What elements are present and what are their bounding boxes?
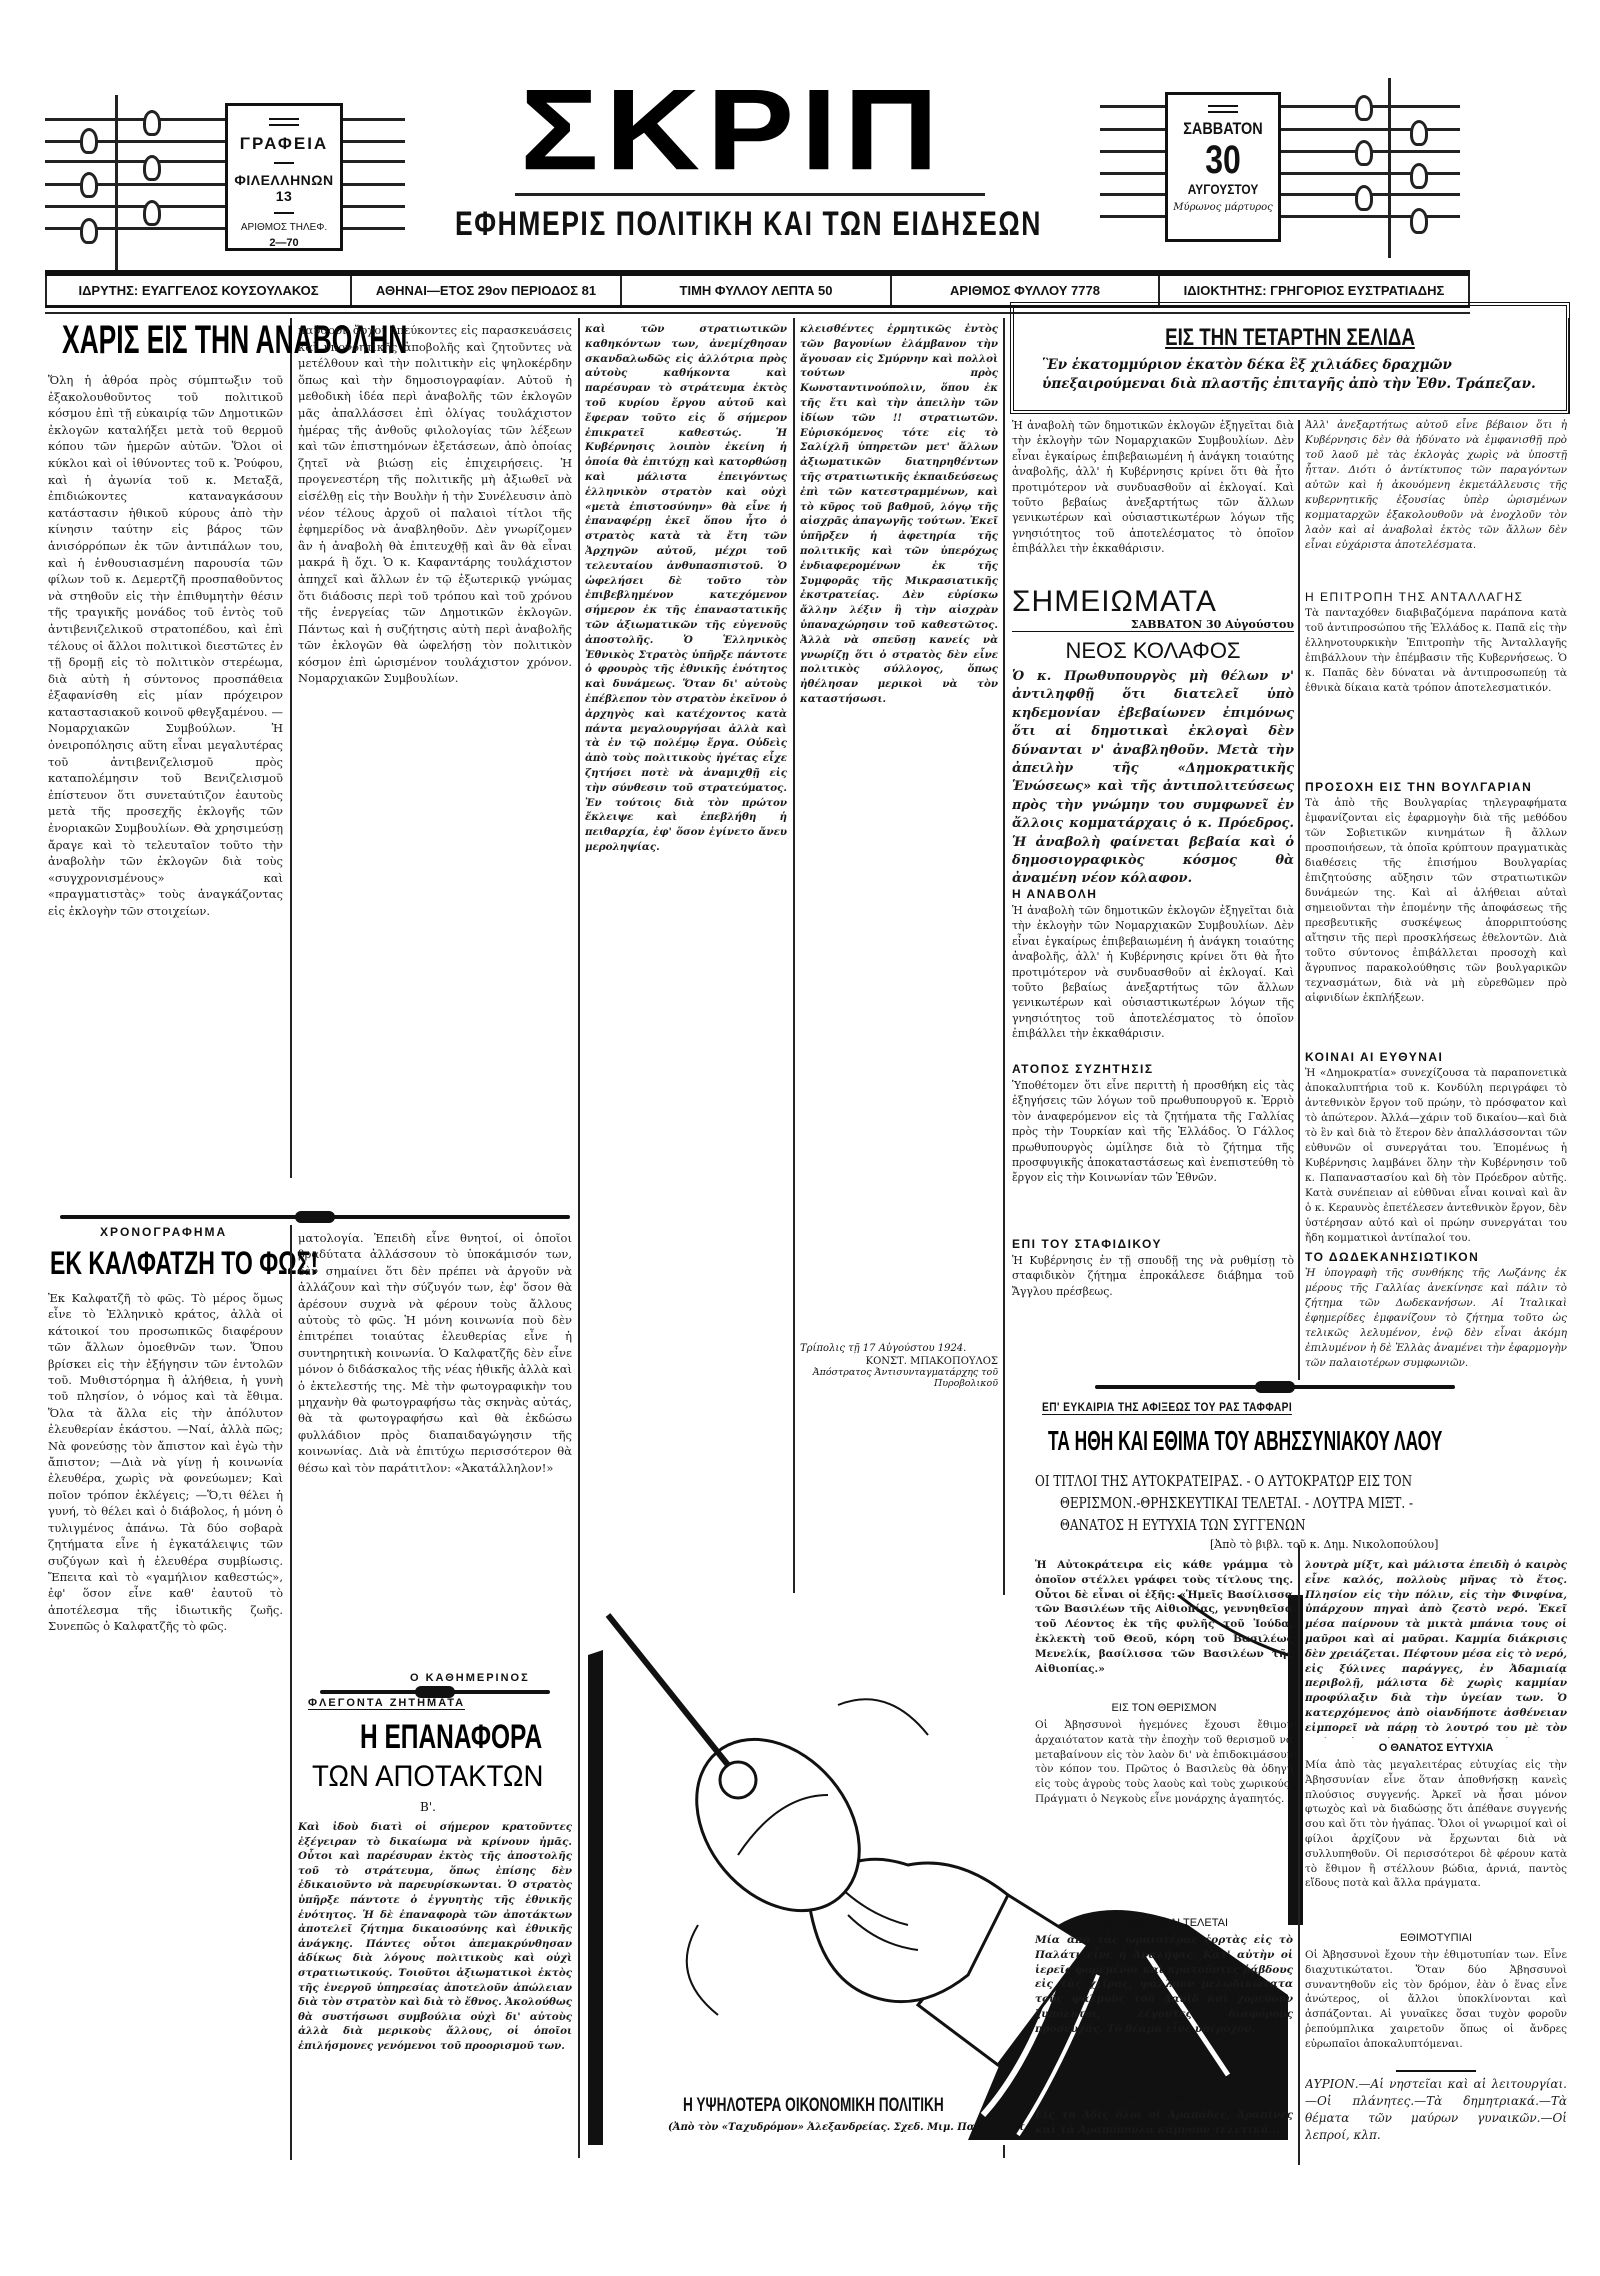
notes-section-title-postponement: Η ΑΝΑΒΟΛΗ [1012, 887, 1294, 901]
column-rule [578, 318, 580, 2158]
notes-column: Ἡ ἀναβολὴ τῶν δημοτικῶν ἐκλογῶν ἐξηγεῖτα… [1012, 418, 1294, 1378]
abyssinia-source: [Ἀπὸ τὸ βιβλ. τοῦ κ. Δημ. Νικολοπούλου] [1210, 1538, 1438, 1551]
article-author-title: Ἀπόστρατος Ἀντισυνταγματάρχης τοῦ Πυροβο… [800, 1367, 998, 1389]
section-text-dodecanese: Ἡ ὑπογραφὴ τῆς συνθήκης τῆς Λωζάνης ἐκ μ… [1305, 1266, 1567, 1378]
abyssinia-text: Ἡ Αὐτοκράτειρα εἰς κάθε γράμμα τὸ ὁποῖον… [1035, 1558, 1293, 1698]
column-rule [290, 318, 292, 1178]
apotaktoi-text: Καὶ ἰδοὺ διατὶ οἱ σήμερον κρατοῦντες ἐξέ… [298, 1820, 572, 2160]
notes-section-title-currant: ΕΠΙ ΤΟΥ ΣΤΑΦΙΔΙΚΟΥ [1012, 1237, 1294, 1251]
phone-label: ΑΡΙΘΜΟΣ ΤΗΛΕΦ. [228, 222, 340, 233]
column-rule [1298, 1555, 1300, 2155]
chronografima-kicker: ΧΡΟΝΟΓΡΑΦΗΜΑ [100, 1225, 227, 1239]
section-text-bulgaria: Τὰ ἀπὸ τῆς Βουλγαρίας τηλεγραφήματα ἐμφα… [1305, 796, 1567, 1046]
date-weekday: ΣΑΒΒΑΤΟΝ [1176, 119, 1270, 139]
abyssinia-section-text: Οἱ Ἀβησσυνοὶ ἡγεμόνες ἔχουσι ἔθιμον ἀρχα… [1035, 1718, 1293, 1913]
newspaper-subtitle: ΕΦΗΜΕΡΙΣ ΠΟΛΙΤΙΚΗ ΚΑΙ ΤΩΝ ΕΙΔΗΣΕΩΝ [455, 205, 1042, 244]
lead-article-column-2: παύσουν ἄρχοι ὑπεύκοντες εἰς παρασκευάσε… [298, 322, 572, 1172]
section-title-responsibilities: ΚΟΙΝΑΙ ΑΙ ΕΥΘΥΝΑΙ [1305, 1050, 1567, 1064]
issue-number: ΑΡΙΘΜΟΣ ΦΥΛΛΟΥ 7778 [890, 276, 1158, 305]
notes-date: ΣΑΒΒΑΤΟΝ 30 Αὐγούστου [1012, 618, 1294, 632]
abyssinia-section-title: ΕΘΙΜΟΤΥΠΙΑΙ [1305, 1932, 1567, 1944]
apotaktoi-kicker: ΦΛΕΓΟΝΤΑ ΖΗΤΗΜΑΤΑ [308, 1697, 465, 1710]
notes-section-text: Ὑποθέτομεν ὅτι εἶνε περιττὴ ἡ προσθήκη ε… [1012, 1078, 1294, 1233]
fourth-page-text: Ἓν ἑκατομμύριον ἑκατὸν δέκα ἓξ χιλιάδες … [1014, 352, 1566, 394]
right-column: Ἀλλ' ἀνεξαρτήτως αὐτοῦ εἶνε βέβαιον ὅτι … [1305, 418, 1567, 1378]
abyssinia-column-1: Ἡ Αὐτοκράτειρα εἰς κάθε γράμμα τὸ ὁποῖον… [1035, 1558, 1293, 2158]
abyssinia-section-text: Εἰς τὸ Ἀδὶς ὅλοι οἱ Ἀραπάδες, Ἀραπίνες κ… [1035, 2108, 1293, 2138]
divider [1396, 2070, 1476, 2072]
notes-section-title-discussion: ΑΤΟΠΟΣ ΣΥΖΗΤΗΣΙΣ [1012, 1062, 1294, 1076]
abyssinia-section-text: Οἱ Ἀβησσυνοὶ ἔχουν τὴν ἐθιμοτυπίαν των. … [1305, 1948, 1567, 2066]
newspaper-logo: ΣΚΡΙΠ [520, 72, 945, 187]
abyssinia-section-title: ΜΠΑΙΝ ΜΙΞΤ [1124, 2089, 1204, 2104]
apotaktoi-part: Β'. [420, 1800, 436, 1814]
chronografima-column-2: ματολογία. Ἐπειδὴ εἶνε θνητοί, οἱ ὁποῖοι… [298, 1230, 572, 1610]
apotaktoi-headline-2: ΤΩΝ ΑΠΟΤΑΚΤΩΝ [312, 1760, 543, 1794]
notes-section-text: Ἡ ἀναβολὴ τῶν δημοτικῶν ἐκλογῶν ἐξηγεῖτα… [1012, 903, 1294, 1058]
article-dateline: Τρίπολις τῇ 17 Αὐγούστου 1924. [800, 1343, 998, 1354]
right-intro-text: Ἀλλ' ἀνεξαρτήτως αὐτοῦ εἶνε βέβαιον ὅτι … [1305, 418, 1567, 586]
column-rule [793, 318, 795, 1593]
offices-address: ΦΙΛΕΛΛΗΝΩΝ 13 [228, 172, 340, 204]
lead-article-column-3: καὶ τῶν στρατιωτικῶν καθηκόντων των, ἀνε… [585, 322, 787, 1584]
notes-title: ΣΗΜΕΙΩΜΑΤΑ [1012, 586, 1294, 618]
abyssinia-subhead-3: ΘΑΝΑΤΟΣ Η ΕΥΤΥΧΙΑ ΤΩΝ ΣΥΓΓΕΝΩΝ [1060, 1514, 1456, 1536]
column-rule [290, 1225, 292, 2160]
abyssinia-kicker: ΕΠ' ΕΥΚΑΙΡΙΑ ΤΗΣ ΑΦΙΞΕΩΣ ΤΟΥ ΡΑΣ ΤΑΦΦΑΡΙ [1042, 1400, 1292, 1415]
cartoon-caption-title: Η ΥΨΗΛΟΤΕΡΑ ΟΙΚΟΝΟΜΙΚΗ ΠΟΛΙΤΙΚΗ [683, 2095, 944, 2117]
abyssinia-subhead-2: ΘΕΡΙΣΜΟΝ.-ΘΡΗΣΚΕΥΤΙΚΑΙ ΤΕΛΕΤΑΙ. - ΛΟΥΤΡΑ… [1060, 1492, 1456, 1514]
date-month: ΑΥΓΟΥΣΤΟΥ [1176, 181, 1270, 197]
section-text-exchange: Τὰ πανταχόθεν διαβιβαζόμενα παράπονα κατ… [1305, 606, 1567, 776]
lead-article-column-1: Ὅλη ἡ ἀθρόα πρὸς σύμπτωξιν τοῦ ἐξακολουθ… [48, 372, 283, 1172]
fourth-page-title: ΕΙΣ ΤΗΝ ΤΕΤΑΡΤΗΝ ΣΕΛΙΔΑ [1075, 324, 1506, 352]
column-rule [1298, 420, 1300, 1380]
apotaktoi-headline-1: Η ΕΠΑΝΑΦΟΡΑ [360, 1718, 542, 1757]
abyssinia-headline: ΤΑ ΗΘΗ ΚΑΙ ΕΘΙΜΑ ΤΟΥ ΑΒΗΣΣΥΝΙΑΚΟΥ ΛΑΟΥ [1048, 1425, 1442, 1457]
abyssinia-column-2: λουτρὰ μίξτ, καὶ μάλιστα ἐπειδὴ ὁ καιρὸς… [1305, 1558, 1567, 2158]
abyssinia-section-text: Μία ἀπὸ τὰς ὡραιοτέρας ἑορτὰς εἰς τὸ Παλ… [1035, 1933, 1293, 2083]
chronografima-headline: ΕΚ ΚΑΛΦΑΤΖΗ ΤΟ ΦΩΣ! [50, 1245, 318, 1282]
date-box: ΣΑΒΒΑΤΟΝ 30 ΑΥΓΟΥΣΤΟΥ Μύρωνος μάρτυρος [1165, 92, 1281, 242]
fourth-page-box: ΕΙΣ ΤΗΝ ΤΕΤΑΡΤΗΝ ΣΕΛΙΔΑ Ἓν ἑκατομμύριον … [1010, 302, 1570, 414]
logo-underline [515, 193, 985, 196]
phone-number: 2—70 [228, 237, 340, 249]
cartoon-caption-source: (Ἀπὸ τὸν «Ταχυδρόμον» Ἀλεξανδρείας. Σχεδ… [668, 2122, 1055, 2133]
date-day: 30 [1179, 139, 1267, 181]
chronografima-author: Ο ΚΑΘΗΜΕΡΙΝΟΣ [410, 1672, 530, 1684]
year-info: ΑΘΗΝΑΙ—ΕΤΟΣ 29ον ΠΕΡΙΟΔΟΣ 81 [350, 276, 620, 305]
notes-section-text: Ἡ Κυβέρνησις ἐν τῇ σπουδῇ της νὰ ρυθμίσῃ… [1012, 1253, 1294, 1303]
abyssinia-section-title: Ο ΘΑΝΑΤΟΣ ΕΥΤΥΧΙΑ [1305, 1742, 1567, 1754]
ornamental-divider [320, 1690, 550, 1694]
notes-section-text: Ὁ κ. Πρωθυπουργὸς μὴ θέλων ν' ἀντιληφθῇ … [1012, 668, 1294, 883]
price-info: ΤΙΜΗ ΦΥΛΛΟΥ ΛΕΠΤΑ 50 [620, 276, 890, 305]
ornamental-divider [60, 1215, 570, 1219]
chronografima-column-1: Ἐκ Καλφατζῆ τὸ φῶς. Τὸ μέρος ὅμως εἶνε τ… [48, 1290, 283, 2160]
notes-section-title-new-slap: ΝΕΟΣ ΚΟΛΑΦΟΣ [1012, 638, 1294, 664]
tomorrow-preview: ΑΥΡΙΟΝ.—Αἱ νηστεῖαι καὶ αἱ λειτουργίαι.—… [1305, 2076, 1567, 2144]
founder-info: ΙΔΡΥΤΗΣ: ΕΥΑΓΓΕΛΟΣ ΚΟΥΣΟΥΛΑΚΟΣ [45, 276, 350, 305]
offices-box: ΓΡΑΦΕΙΑ ΦΙΛΕΛΛΗΝΩΝ 13 ΑΡΙΘΜΟΣ ΤΗΛΕΦ. 2—7… [225, 103, 343, 251]
abyssinia-section-text: Μία ἀπὸ τὰς μεγαλειτέρας εὐτυχίας εἰς τὴ… [1305, 1758, 1567, 1928]
article-author: ΚΟΝΣΤ. ΜΠΑΚΟΠΟΥΛΟΣ [800, 1356, 998, 1367]
abyssinia-section-title: ΕΙΣ ΤΟΝ ΘΕΡΙΣΜΟΝ [1035, 1702, 1293, 1714]
ornamental-divider [1095, 1385, 1455, 1389]
notes-lead-text: Ἡ ἀναβολὴ τῶν δημοτικῶν ἐκλογῶν ἐξηγεῖτα… [1012, 418, 1294, 578]
abyssinia-subheads: ΟΙ ΤΙΤΛΟΙ ΤΗΣ ΑΥΤΟΚΡΑΤΕΙΡΑΣ. - Ο ΑΥΤΟΚΡΑ… [1035, 1470, 1555, 1536]
section-text-responsibilities: Ἡ «Δημοκρατία» συνεχίζουσα τὰ παραπονετι… [1305, 1066, 1567, 1246]
date-saint: Μύρωνος μάρτυρος [1168, 202, 1278, 213]
lead-article-column-4-text: κλεισθέντες ἑρμητικῶς ἐντὸς τῶν βαγονίων… [800, 322, 998, 1337]
section-title-dodecanese: ΤΟ ΔΩΔΕΚΑΝΗΣΙΩΤΙΚΟΝ [1305, 1250, 1567, 1264]
abyssinia-text: λουτρὰ μίξτ, καὶ μάλιστα ἐπειδὴ ὁ καιρὸς… [1305, 1558, 1567, 1738]
section-title-bulgaria: ΠΡΟΣΟΧΗ ΕΙΣ ΤΗΝ ΒΟΥΛΓΑΡΙΑΝ [1305, 780, 1567, 794]
owner-info: ΙΔΙΟΚΤΗΤΗΣ: ΓΡΗΓΟΡΙΟΣ ΕΥΣΤΡΑΤΙΑΔΗΣ [1158, 276, 1470, 305]
abyssinia-section-title: ΘΡΗΣΚΕΥΤΙΚΑΙ ΤΕΛΕΤΑΙ [1035, 1917, 1293, 1929]
offices-title: ΓΡΑΦΕΙΑ [228, 134, 340, 154]
section-title-exchange: Η ΕΠΙΤΡΟΠΗ ΤΗΣ ΑΝΤΑΛΛΑΓΗΣ [1305, 590, 1567, 604]
abyssinia-subhead-1: ΟΙ ΤΙΤΛΟΙ ΤΗΣ ΑΥΤΟΚΡΑΤΕΙΡΑΣ. - Ο ΑΥΤΟΚΡΑ… [1035, 1470, 1451, 1492]
lead-article-column-4: κλεισθέντες ἑρμητικῶς ἐντὸς τῶν βαγονίων… [800, 322, 998, 1584]
